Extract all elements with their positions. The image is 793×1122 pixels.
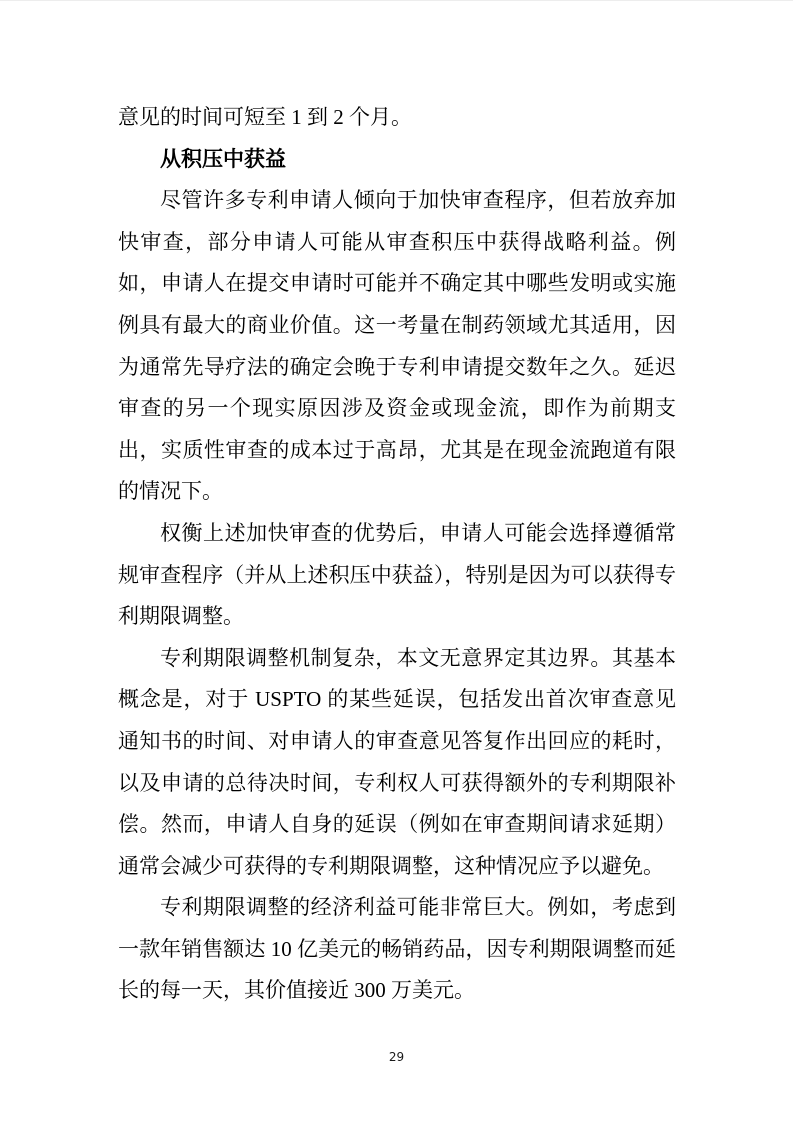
- page-footer: 29: [0, 1048, 793, 1066]
- document-page: 意见的时间可短至 1 到 2 个月。 从积压中获益 尽管许多专利申请人倾向于加快…: [0, 0, 793, 1122]
- paragraph-weighing-options: 权衡上述加快审查的优势后，申请人可能会选择遵循常规审查程序（并从上述积压中获益）…: [118, 513, 676, 638]
- paragraph-benefit-from-backlog: 尽管许多专利申请人倾向于加快审查程序，但若放弃加快审查，部分申请人可能从审查积压…: [118, 180, 676, 513]
- page-number: 29: [389, 1050, 404, 1064]
- paragraph-pta-economic-value: 专利期限调整的经济利益可能非常巨大。例如，考虑到一款年销售额达 10 亿美元的畅…: [118, 887, 676, 1012]
- continuation-paragraph: 意见的时间可短至 1 到 2 个月。: [118, 97, 676, 139]
- paragraph-pta-mechanism: 专利期限调整机制复杂，本文无意界定其边界。其基本概念是，对于 USPTO 的某些…: [118, 638, 676, 888]
- section-heading: 从积压中获益: [118, 139, 676, 181]
- page-body: 意见的时间可短至 1 到 2 个月。 从积压中获益 尽管许多专利申请人倾向于加快…: [118, 97, 676, 1012]
